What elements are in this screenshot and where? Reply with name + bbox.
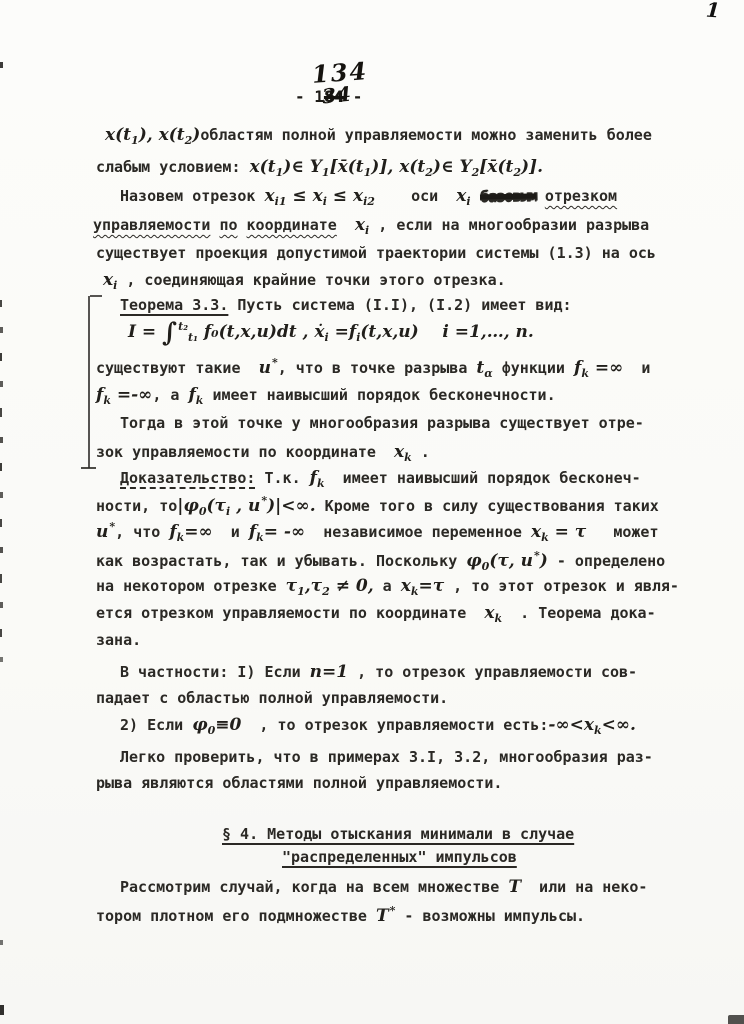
typed-text-fragment: падает с областью полной управляемости.: [96, 689, 448, 707]
text-line: Теорема 3.3. Пусть система (I.I), (I.2) …: [120, 296, 572, 315]
scan-speck: [0, 1005, 4, 1015]
text-line: В частности: I) Если n=1 , то отрезок уп…: [120, 662, 637, 682]
formula-fragment: =-∞: [111, 385, 152, 405]
typed-text-fragment: как возрастать, так и убывать. Поскольку: [96, 552, 466, 570]
formula-fragment: f: [188, 385, 195, 405]
scan-speck: [0, 437, 3, 443]
typed-text-fragment: В частности: I) Если: [120, 663, 310, 681]
formula-fragment: =∞: [589, 358, 623, 378]
formula-fragment: f: [169, 522, 176, 542]
text-line: Легко проверить, что в примерах 3.I, 3.2…: [120, 748, 653, 767]
typed-text-fragment: существуют такие: [96, 359, 259, 377]
text-line: u*, что fk=∞ и fk= -∞ независимое переме…: [96, 520, 658, 544]
formula-fragment: t₁: [188, 331, 198, 344]
formula-fragment: = τ: [549, 522, 587, 542]
page-number-overwrite-handwriting: 34: [321, 82, 353, 109]
text-line: "распределенных" импульсов: [282, 848, 517, 867]
typed-text-fragment: по: [219, 216, 237, 234]
scan-speck: [0, 300, 2, 307]
typed-text-fragment: "распределенных" импульсов: [282, 848, 517, 866]
typed-text-fragment: Теорема 3.3.: [120, 296, 228, 314]
formula-fragment: k: [594, 724, 602, 737]
typed-text-fragment: или на неко-: [521, 878, 647, 896]
formula-fragment: ≤ x: [327, 186, 363, 206]
typed-text-fragment: оси: [375, 187, 456, 205]
text-line: x(t1), x(t2)областям полной управляемост…: [105, 125, 652, 147]
formula-fragment: x: [531, 522, 541, 542]
text-line: зана.: [96, 631, 141, 650]
formula-fragment: [x̄(t: [479, 157, 513, 177]
scan-speck: [0, 547, 3, 553]
corner-handwritten-mark: 1: [705, 0, 721, 22]
text-line: зок управляемости по координате xk .: [96, 442, 430, 464]
text-line: слабым условием: x(t1)∈ Y1[x̄(t1)], x(t2…: [96, 157, 543, 179]
formula-fragment: )], x(t: [371, 157, 425, 177]
scan-speck: [0, 519, 2, 527]
text-line: § 4. Методы отыскания минимали в случае: [222, 825, 574, 844]
typed-text-fragment: координате: [247, 216, 337, 234]
typed-text-fragment: [238, 216, 247, 234]
formula-fragment: ): [540, 551, 548, 571]
formula-fragment: f₀(t,x,u)dt , ẋ: [198, 322, 325, 342]
typed-text-fragment: зана.: [96, 631, 141, 649]
typed-text-fragment: слабым условием:: [96, 158, 250, 176]
formula-fragment: |φ: [177, 496, 199, 516]
typed-text-fragment: рыва являются областями полной управляем…: [96, 774, 502, 792]
formula-fragment: [x̄(t: [330, 157, 364, 177]
formula-fragment: x(t: [105, 125, 131, 145]
formula-fragment: n=1: [310, 662, 348, 682]
typed-text-fragment: а: [374, 577, 401, 595]
formula-fragment: ), x(t: [139, 125, 185, 145]
formula-fragment: 2: [513, 166, 521, 179]
formula-fragment: )].: [521, 157, 543, 177]
typed-text-fragment: , то этот отрезок и явля-: [444, 577, 679, 595]
formula-fragment: =τ: [418, 576, 444, 596]
text-line: падает с областью полной управляемости.: [96, 689, 448, 708]
typed-text-fragment: Назовем отрезок: [120, 187, 265, 205]
typed-text-fragment: и: [213, 523, 249, 541]
formula-fragment: (τ, u: [489, 551, 533, 571]
formula-fragment: )∈ Y: [433, 157, 472, 177]
formula-fragment: )|<∞.: [267, 496, 316, 516]
scan-smudge: [728, 1015, 744, 1024]
scan-speck: [0, 940, 3, 945]
formula-fragment: ≠ 0,: [330, 576, 374, 596]
formula-fragment: <∞.: [602, 715, 636, 735]
typed-text-fragment: - возможны импульсы.: [395, 907, 585, 925]
typed-text-fragment: зок управляемости по координате: [96, 443, 394, 461]
formula-fragment: T: [508, 877, 521, 897]
text-line: I = ∫t₂t₁ f₀(t,x,u)dt , ẋi =fi(t,x,u) i …: [128, 320, 534, 344]
text-line: на некотором отрезке τ1,τ2 ≠ 0, а xk=τ ,…: [96, 576, 679, 598]
text-line: Рассмотрим случай, когда на всем множест…: [120, 877, 647, 897]
text-line: управляемости по координате xi , если на…: [93, 215, 649, 237]
formula-fragment: x: [394, 442, 404, 462]
page: 1 134 - 184 - 34 x(t1), x(t2)областям по…: [0, 0, 744, 1024]
scan-speck: [0, 657, 3, 662]
text-line: существует проекция допустимой траектори…: [96, 244, 656, 263]
text-line: xi , соединяющая крайние точки этого отр…: [103, 270, 506, 292]
formula-fragment: φ: [466, 551, 481, 571]
formula-fragment: i2: [363, 195, 375, 208]
typed-text-fragment: ется отрезком управляемости по координат…: [96, 604, 484, 622]
formula-fragment: u: [96, 522, 108, 542]
text-line: как возрастать, так и убывать. Поскольку…: [96, 549, 665, 573]
scan-speck: [0, 492, 3, 498]
text-line: fk =-∞, а fk имеет наивысший порядок бес…: [96, 385, 556, 407]
formula-fragment: 0: [199, 505, 207, 518]
formula-fragment: x: [103, 270, 113, 290]
typed-text-fragment: существует проекция допустимой траектори…: [96, 244, 656, 262]
formula-fragment: ≡0: [215, 715, 241, 735]
text-line: рыва являются областями полной управляем…: [96, 774, 502, 793]
text-line: существуют такие u*, что в точке разрыва…: [96, 356, 650, 380]
scan-speck: [0, 327, 3, 333]
typed-text-fragment: функции: [493, 359, 574, 377]
typed-text-fragment: Легко проверить, что в примерах 3.I, 3.2…: [120, 748, 653, 766]
typed-text-fragment: базовым: [479, 187, 536, 206]
typed-text-fragment: [337, 216, 355, 234]
text-line: тором плотном его подмножестве T* - возм…: [96, 904, 585, 926]
formula-fragment: k: [317, 477, 325, 490]
typed-text-fragment: независимое переменное: [305, 523, 531, 541]
typed-text-fragment: областям полной управляемости можно заме…: [200, 126, 652, 144]
formula-fragment: x: [484, 603, 494, 623]
formula-fragment: k: [256, 531, 264, 544]
typed-text-fragment: может: [586, 523, 658, 541]
scan-speck: [0, 408, 2, 417]
formula-fragment: 2: [322, 585, 330, 598]
typed-text-fragment: . Теорема дока-: [502, 604, 656, 622]
formula-fragment: T: [376, 906, 389, 926]
formula-fragment: I =: [128, 322, 162, 342]
typed-text-fragment: [471, 187, 480, 205]
formula-fragment: φ: [192, 715, 207, 735]
scan-speck: [0, 629, 2, 637]
typed-text-fragment: Тогда в этой точке у многообразия разрыв…: [120, 414, 644, 432]
text-line: ется отрезком управляемости по координат…: [96, 603, 656, 625]
typed-text-fragment: , соединяющая крайние точки этого отрезк…: [117, 271, 505, 289]
formula-fragment: x: [355, 215, 365, 235]
formula-fragment: =f: [329, 322, 356, 342]
text-line: ности, то|φ0(τi , u*)|<∞. Кроме того в с…: [96, 494, 659, 518]
formula-fragment: ≤ x: [286, 186, 322, 206]
typed-text-fragment: - определено: [548, 552, 665, 570]
typed-text-fragment: отрезком: [545, 187, 617, 205]
formula-fragment: -∞<x: [548, 715, 594, 735]
formula-fragment: x: [456, 186, 466, 206]
formula-fragment: ∫: [162, 318, 177, 348]
formula-fragment: x(t: [250, 157, 276, 177]
text-line: Доказательство: Т.к. fk имеет наивысший …: [120, 468, 641, 490]
formula-fragment: k: [581, 367, 589, 380]
formula-fragment: 1: [322, 166, 330, 179]
formula-fragment: i1: [275, 195, 287, 208]
formula-fragment: = -∞: [264, 522, 305, 542]
page-number-prefix: - 1: [295, 87, 324, 106]
typed-text-fragment: .: [412, 443, 430, 461]
typed-text-fragment: Т.к.: [255, 469, 309, 487]
formula-fragment: (τ: [207, 496, 226, 516]
formula-fragment: 1: [131, 134, 139, 147]
typed-text-fragment: ности, то: [96, 497, 177, 515]
typed-text-fragment: , что в точке разрыва: [278, 359, 477, 377]
typed-text-fragment: , то отрезок управляемости есть:: [241, 716, 548, 734]
scan-speck: [0, 574, 2, 583]
scan-speck: [0, 381, 3, 387]
formula-fragment: α: [484, 367, 492, 380]
formula-fragment: k: [541, 531, 549, 544]
typed-text-fragment: на некотором отрезке: [96, 577, 286, 595]
formula-fragment: t₂: [178, 320, 188, 333]
typed-text-fragment: , а: [152, 386, 188, 404]
typed-text-fragment: имеет наивысший порядок бесконечности.: [203, 386, 555, 404]
formula-fragment: τ: [286, 576, 297, 596]
formula-fragment: f: [310, 468, 317, 488]
typed-text-fragment: [536, 187, 545, 205]
formula-fragment: k: [103, 394, 111, 407]
formula-fragment: =∞: [184, 522, 212, 542]
text-line: Тогда в этой точке у многообразия разрыв…: [120, 414, 644, 433]
typed-text-fragment: Доказательство:: [120, 469, 255, 487]
typed-text-fragment: Кроме того в силу существования таких: [316, 497, 659, 515]
formula-fragment: k: [404, 451, 412, 464]
formula-fragment: (t,x,u) i =1,…, n.: [360, 322, 533, 342]
scan-speck: [0, 62, 3, 68]
formula-fragment: ,τ: [305, 576, 322, 596]
typed-text-fragment: тором плотном его подмножестве: [96, 907, 376, 925]
formula-fragment: x: [401, 576, 411, 596]
typed-text-fragment: и: [623, 359, 650, 377]
formula-fragment: 2: [425, 166, 433, 179]
typed-text-fragment: § 4. Методы отыскания минимали в случае: [222, 825, 574, 843]
typed-text-fragment: 2) Если: [120, 716, 192, 734]
formula-fragment: x: [265, 186, 275, 206]
typed-text-fragment: имеет наивысший порядок бесконеч-: [325, 469, 641, 487]
formula-fragment: 1: [297, 585, 305, 598]
typed-text-fragment: Пусть система (I.I), (I.2) имеет вид:: [228, 296, 571, 314]
formula-fragment: )∈ Y: [283, 157, 322, 177]
typed-text-fragment: управляемости: [93, 216, 210, 234]
typed-text-fragment: , то отрезок управляемости сов-: [348, 663, 637, 681]
scan-speck: [0, 353, 2, 361]
typed-text-fragment: , если на многообразии разрыва: [369, 216, 649, 234]
typed-text-fragment: , что: [115, 523, 169, 541]
text-line: 2) Если φ0≡0 , то отрезок управляемости …: [120, 715, 636, 737]
formula-fragment: k: [494, 612, 502, 625]
scan-speck: [0, 463, 2, 471]
scan-speck: [0, 602, 3, 608]
formula-fragment: , u: [230, 496, 260, 516]
text-line: Назовем отрезок xi1 ≤ xi ≤ xi2 оси xi ба…: [120, 186, 617, 208]
typed-text-fragment: Рассмотрим случай, когда на всем множест…: [120, 878, 508, 896]
formula-fragment: u: [259, 358, 271, 378]
